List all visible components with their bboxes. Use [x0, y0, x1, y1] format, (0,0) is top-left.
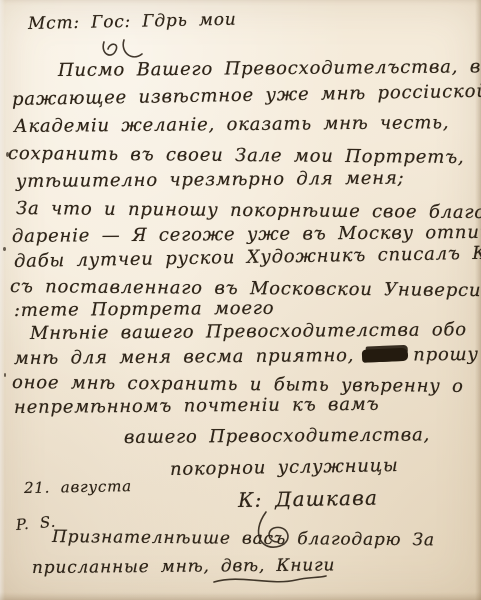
closing-line: покорнои услужницы: [170, 455, 399, 480]
body-line: За что и приношу покорнѣише свое благо-: [16, 198, 481, 223]
letter-page: Мст: Гос: Гдрь мои Писмо Вашего Превосхо…: [0, 0, 481, 600]
body-line: Мнѣніе вашего Превосходителства обо: [30, 319, 467, 344]
ink-blot-strikethrough: [362, 348, 409, 363]
postscript-label: P. S.: [15, 513, 57, 534]
closing-line: вашего Превосходителства,: [124, 424, 430, 448]
postscript-line: Признателнѣише васъ благодарю За: [52, 527, 435, 550]
body-line: мнѣ для меня весма приятно,прошу: [14, 344, 479, 369]
page-edge-bottom: [0, 592, 481, 600]
date-line: 21. августа: [24, 477, 132, 497]
ink-speck: [4, 373, 6, 377]
postscript-line: присланные мнѣ, двѣ, Книги: [32, 555, 335, 578]
body-line: дабы лутчеи рускои Художникъ списалъ Коп…: [14, 242, 481, 272]
body-line: Писмо Вашего Превосходителъства, вы-: [58, 56, 481, 81]
signature: К: Дашкава: [238, 486, 379, 512]
body-line: сохранить въ своеи Зале мои Портретъ,: [8, 143, 465, 168]
ink-speck: [6, 152, 9, 157]
salutation: Мст: Гос: Гдрь мои: [28, 10, 237, 34]
body-line: ражающее извѣстное уже мнѣ россіиской: [12, 81, 481, 110]
body-line: :тете Портрета моего: [14, 298, 275, 321]
body-line: непремѣнномъ почтеніи къ вамъ: [14, 394, 380, 418]
ink-speck: [3, 247, 6, 251]
body-line-fragment: мнѣ для меня весма приятно,: [14, 345, 354, 369]
body-line-fragment: прошу: [413, 344, 479, 366]
page-edge-left: [0, 0, 5, 600]
body-line: утѣшително чрезмѣрно для меня;: [16, 168, 405, 192]
body-line: оное мнѣ сохранить и быть увѣренну о: [12, 372, 464, 397]
body-line: Академіи желаніе, оказать мнѣ честь,: [14, 112, 450, 137]
